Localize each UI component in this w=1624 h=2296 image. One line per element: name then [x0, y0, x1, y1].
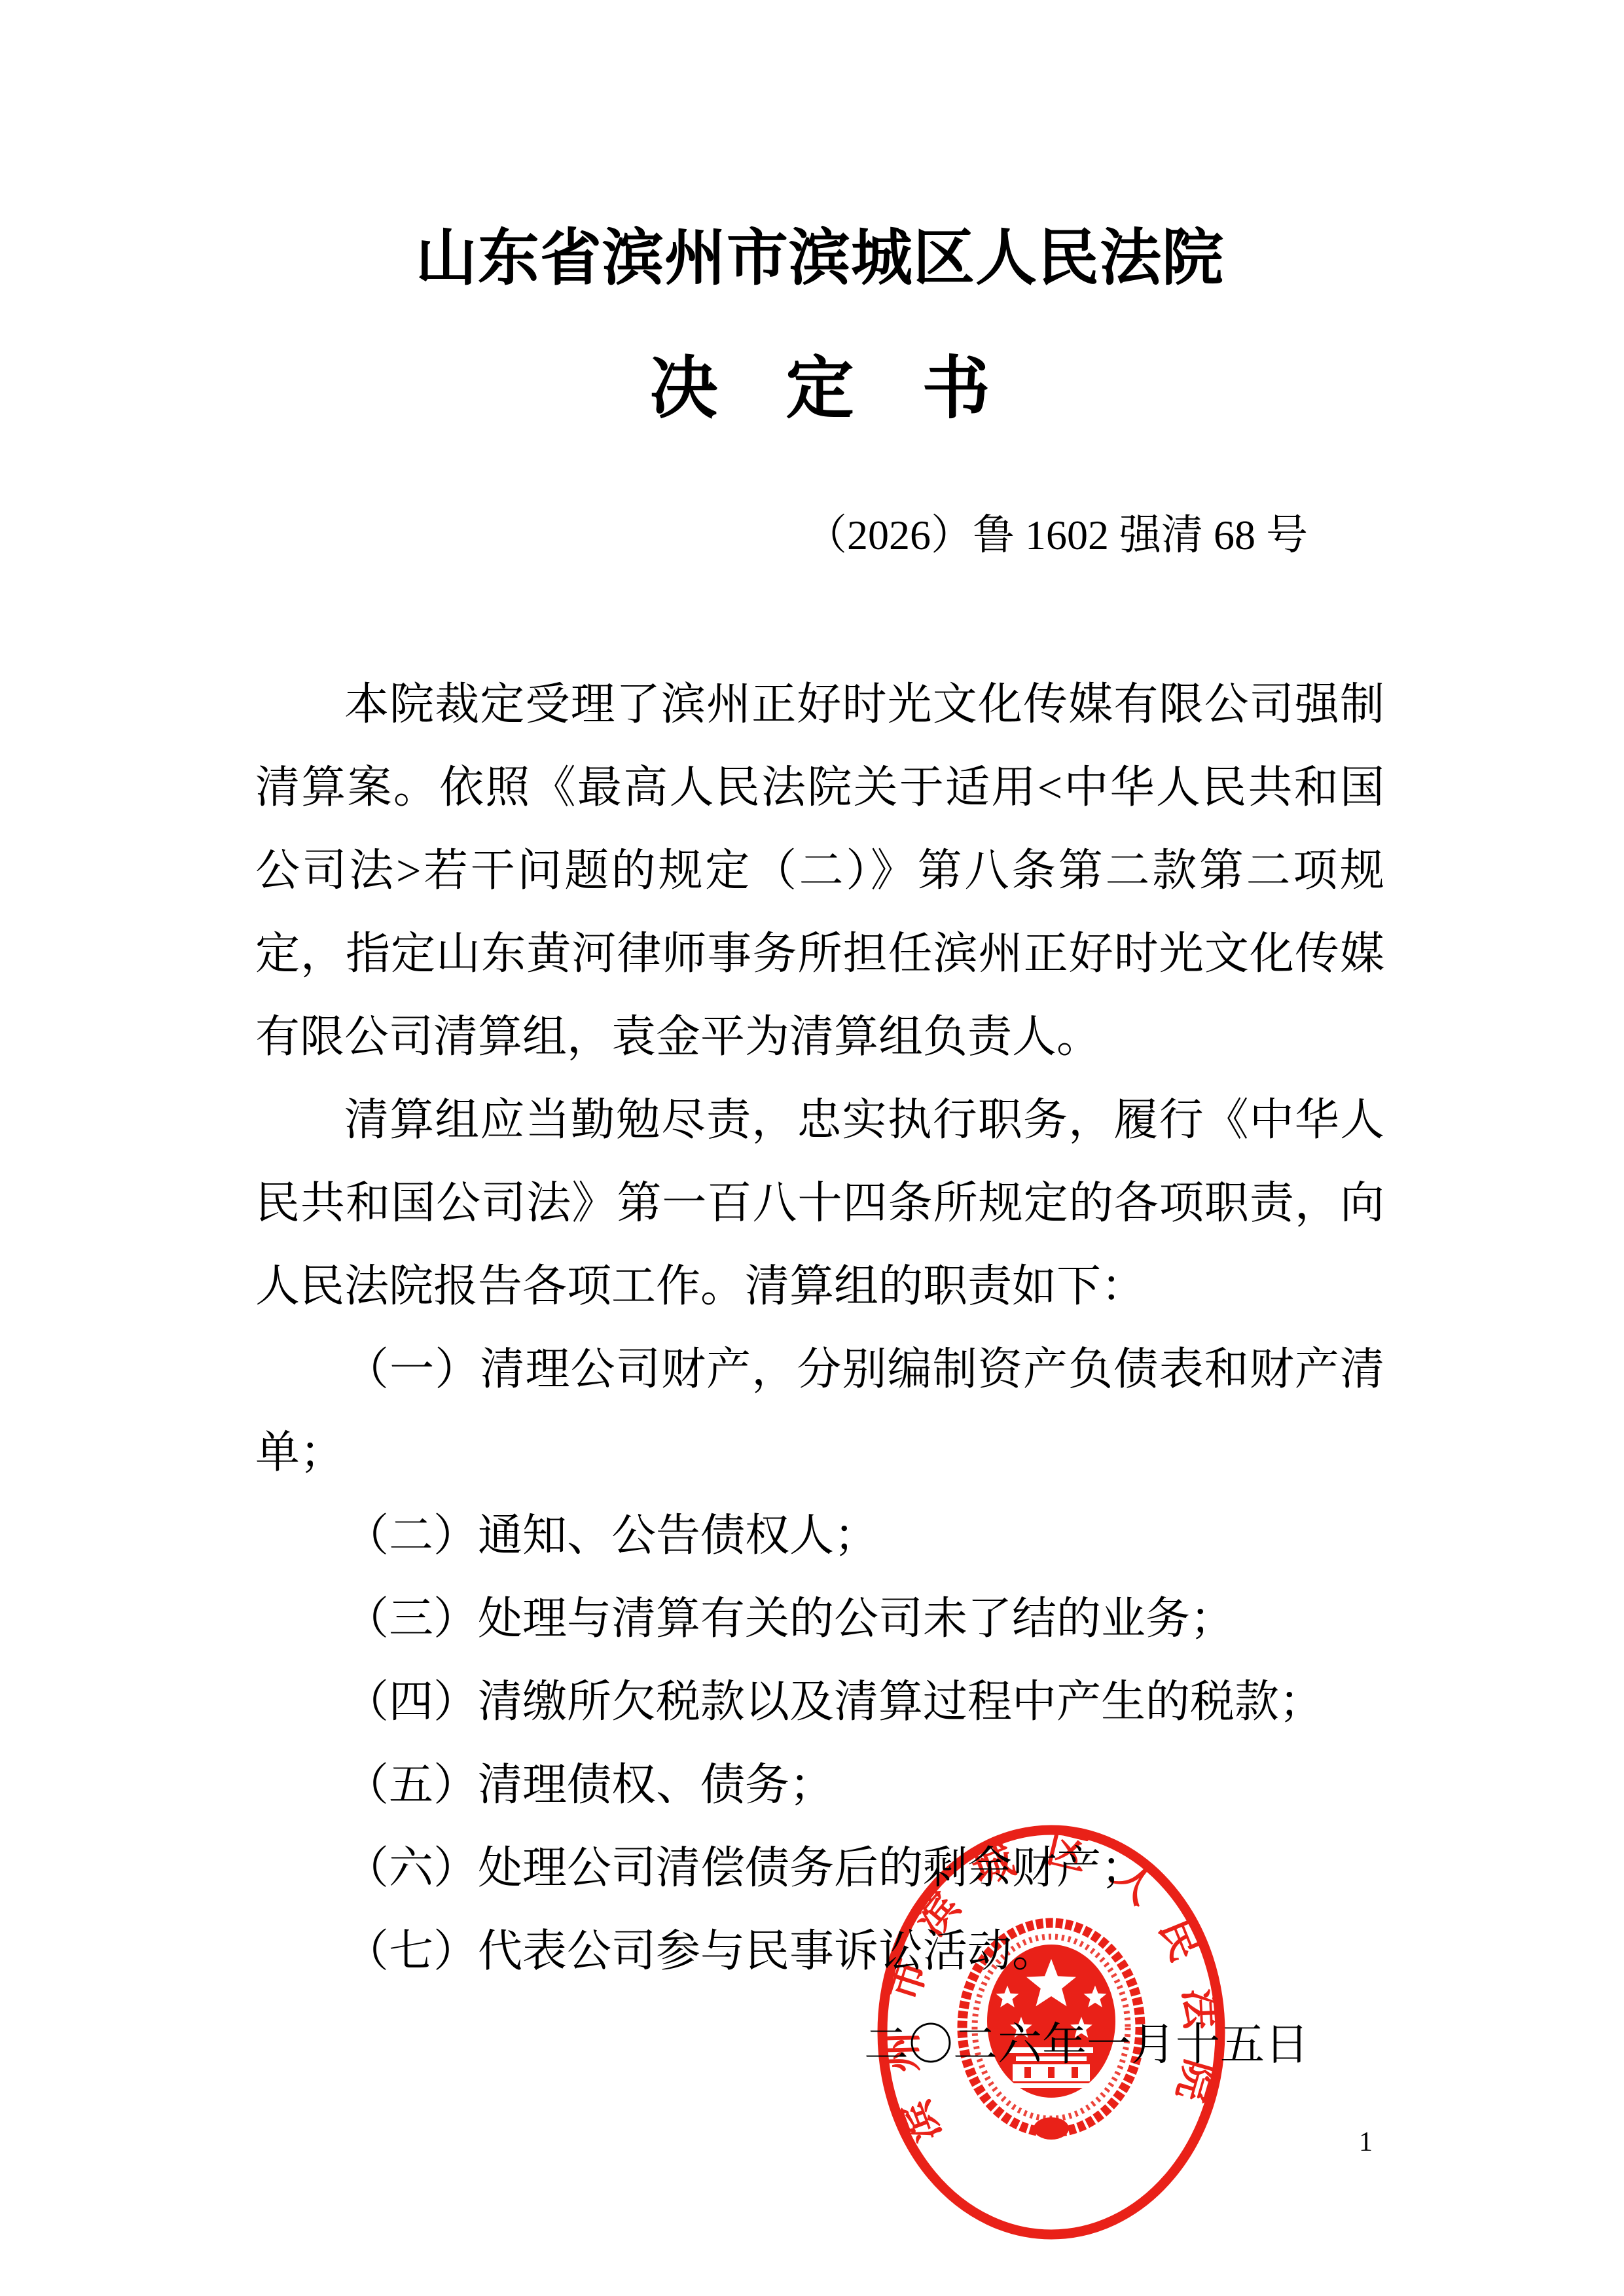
gear-icon	[1034, 2117, 1069, 2140]
china-national-emblem-icon	[962, 1923, 1140, 2140]
duty-item-2: （二）通知、公告债权人；	[255, 1494, 1384, 1577]
case-number: （2026）鲁 1602 强清 68 号	[255, 514, 1384, 556]
page-number: 1	[1359, 2128, 1373, 2156]
seal-svg: 滨州市滨城区人民法院	[875, 1823, 1228, 2241]
court-decision-document: 山东省滨州市滨城区人民法院 决 定 书 （2026）鲁 1602 强清 68 号…	[0, 0, 1624, 2296]
duty-item-4: （四）清缴所欠税款以及清算过程中产生的税款；	[255, 1660, 1384, 1744]
duty-item-5: （五）清理债权、债务；	[255, 1744, 1384, 1827]
paragraph-ruling: 本院裁定受理了滨州正好时光文化传媒有限公司强制清算案。依照《最高人民法院关于适用…	[255, 663, 1384, 1079]
duty-item-1: （一）清理公司财产，分别编制资产负债表和财产清单；	[255, 1328, 1384, 1494]
duty-item-3: （三）处理与清算有关的公司未了结的业务；	[255, 1577, 1384, 1660]
paragraph-duty-intro: 清算组应当勤勉尽责，忠实执行职务，履行《中华人民共和国公司法》第一百八十四条所规…	[255, 1079, 1384, 1328]
document-body: 本院裁定受理了滨州正好时光文化传媒有限公司强制清算案。依照《最高人民法院关于适用…	[255, 663, 1384, 1993]
court-name-heading: 山东省滨州市滨城区人民法院	[255, 228, 1384, 289]
official-court-seal-icon: 滨州市滨城区人民法院	[875, 1823, 1228, 2241]
document-type-title: 决 定 书	[255, 355, 1384, 423]
